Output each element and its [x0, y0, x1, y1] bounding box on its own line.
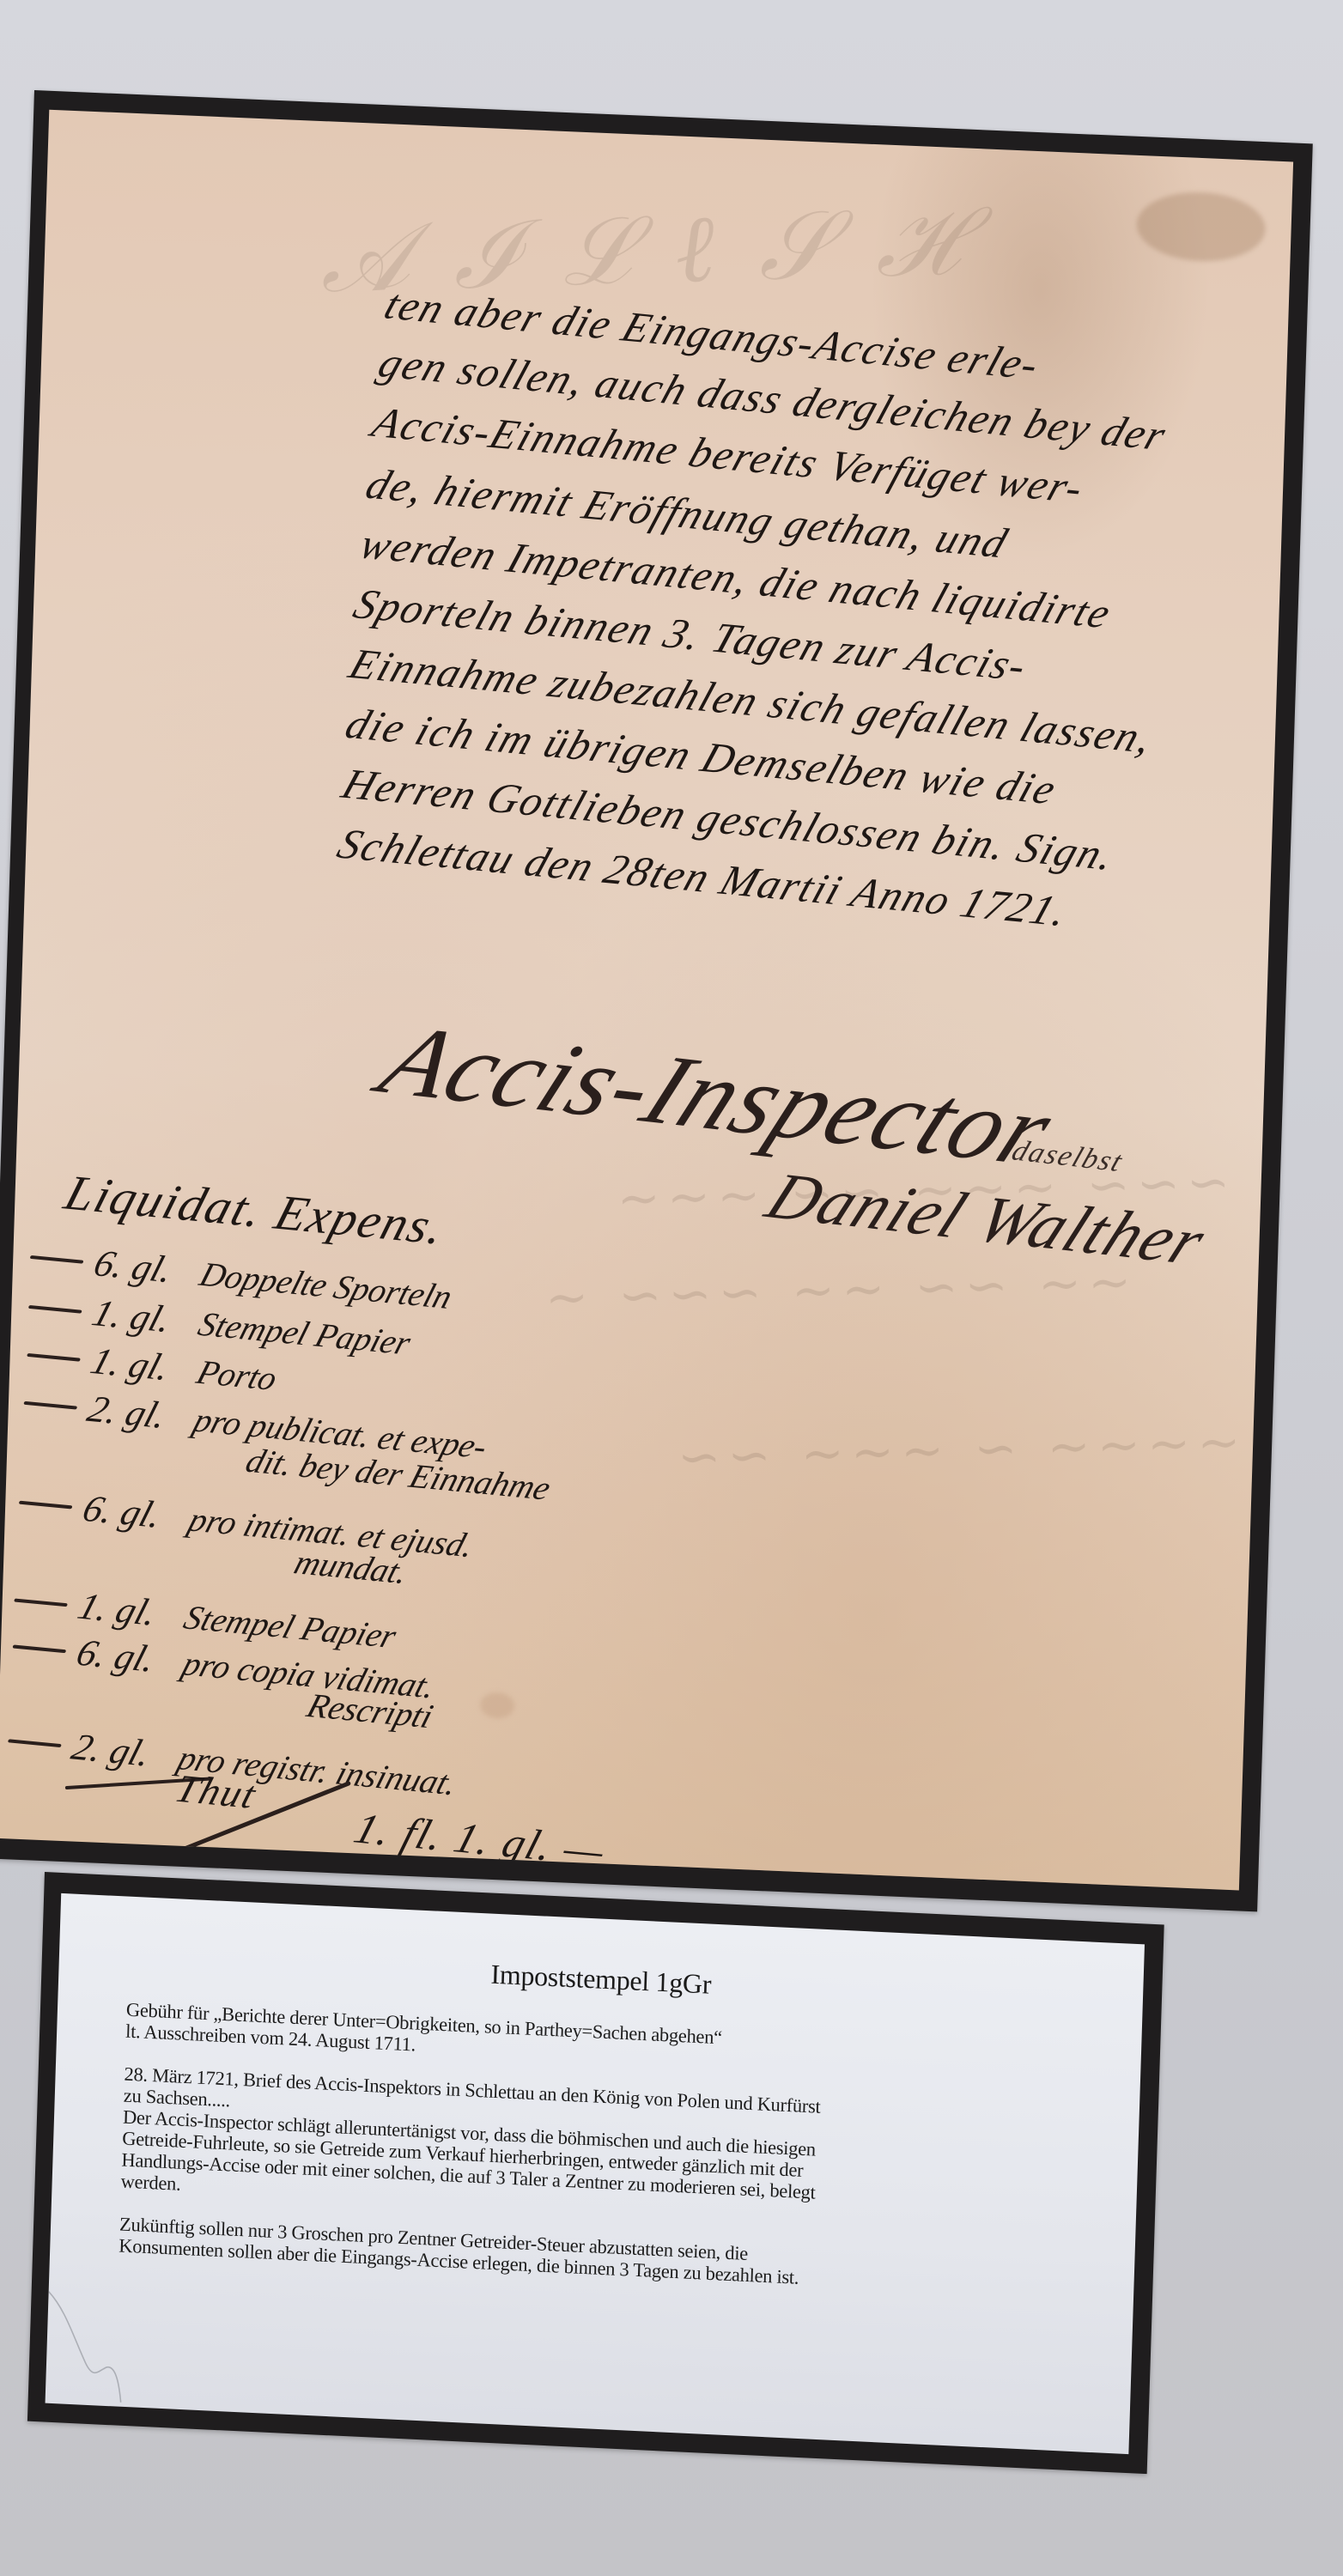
expense-amount: 1. gl. [88, 1291, 195, 1343]
ink-stain-top-right [1135, 190, 1266, 264]
expense-amount: 6. gl. [89, 1242, 197, 1293]
dash-mark [12, 1644, 66, 1653]
expense-total-value: 1. fl. 1. gl. — [349, 1803, 612, 1875]
expense-list-title: Liquidat. Expens. [58, 1163, 453, 1255]
letter-frame: 𝒜 ℐ ℒ ℓ 𝒮 ℋ ~~~ ∽∽ ~~~ ∽∽∽ ~ ∽∽∽ ~~ ∽∽ ~… [0, 90, 1313, 1911]
stain-spot [480, 1692, 515, 1719]
expense-amount: 1. gl. [86, 1340, 193, 1391]
dash-mark [28, 1304, 82, 1313]
expense-amount: 6. gl. [78, 1486, 185, 1538]
expense-total-label: Thut [170, 1765, 263, 1817]
signature-title: Accis-Inspector [364, 1003, 1072, 1188]
caption-paragraph-letter: 28. März 1721, Brief des Accis-Inspektor… [120, 2063, 1078, 2237]
caption-frame: Impoststempel 1gGr Gebühr für „Berichte … [27, 1872, 1164, 2474]
expense-amount: 1. gl. [73, 1584, 180, 1636]
dash-mark [27, 1352, 81, 1361]
caption-card: Impoststempel 1gGr Gebühr für „Berichte … [46, 1893, 1145, 2454]
expense-amount: 2. gl. [67, 1725, 174, 1777]
dash-mark [30, 1255, 84, 1263]
paper-crease [46, 2283, 238, 2412]
expense-amount: 6. gl. [71, 1631, 179, 1682]
dash-mark [23, 1400, 77, 1409]
aged-letter-paper: 𝒜 ℐ ℒ ℓ 𝒮 ℋ ~~~ ∽∽ ~~~ ∽∽∽ ~ ∽∽∽ ~~ ∽∽ ~… [0, 110, 1293, 1891]
expense-description: Porto [192, 1352, 283, 1398]
bleed-through-script: ∽∽ ~~~ ∽ ~~~~ [677, 1412, 1249, 1488]
dash-mark [19, 1500, 73, 1509]
expense-amount: 2. gl. [82, 1388, 190, 1439]
dash-mark [14, 1598, 68, 1607]
dash-mark [8, 1739, 62, 1747]
